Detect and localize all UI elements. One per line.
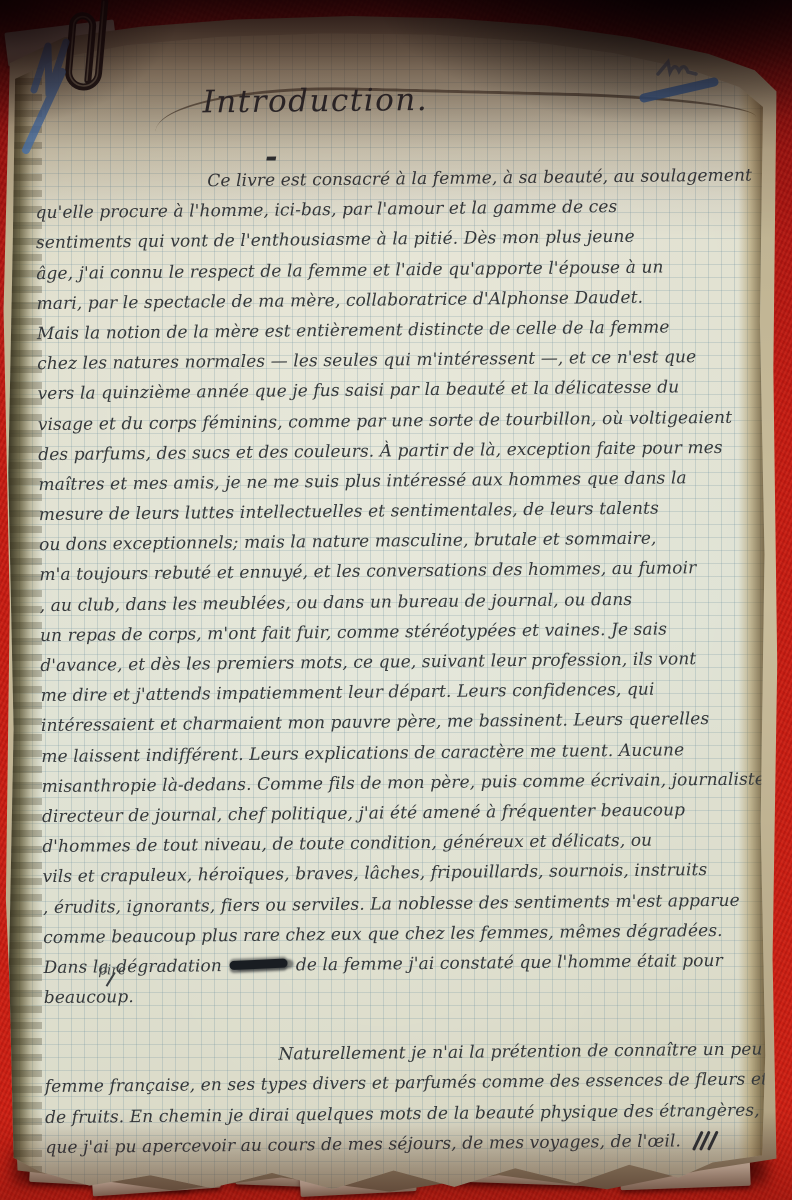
blue-crayon-mark-left-icon [18, 30, 98, 160]
manuscript-lines: Ce livre est consacré à la femme, à sa b… [35, 161, 753, 1163]
end-flourish-mark [691, 1126, 714, 1156]
blue-crayon-mark-right-icon [628, 50, 728, 110]
page-title: Introduction. [202, 82, 428, 120]
manuscript-page: Introduction. - Ce livre est consacré à … [6, 30, 766, 1195]
manuscript-photograph: Introduction. - Ce livre est consacré à … [0, 0, 792, 1200]
manuscript-line: que j'ai pu apercevoir au cours de mes s… [45, 1125, 753, 1163]
handwritten-content: Introduction. - Ce livre est consacré à … [0, 22, 772, 1195]
crossed-out-word [230, 958, 288, 970]
inserted-word: pire [98, 955, 126, 985]
